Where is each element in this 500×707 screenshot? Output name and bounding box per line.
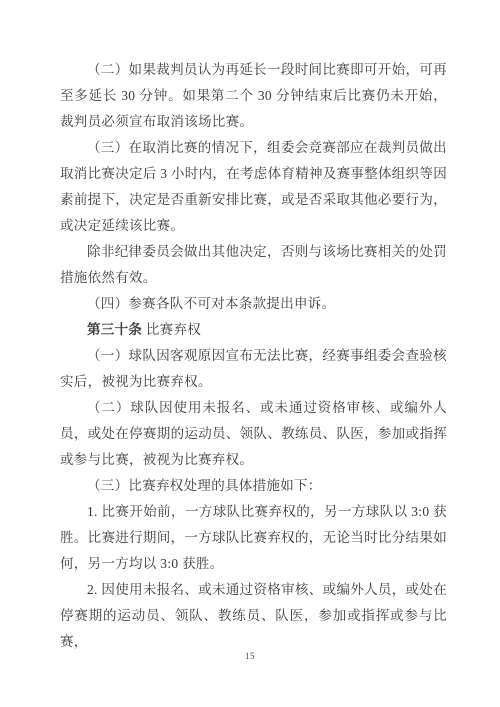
paragraph: （三）在取消比赛的情况下，组委会竞赛部应在裁判员做出取消比赛决定后 3 小时内，… bbox=[60, 135, 447, 239]
page-number: 15 bbox=[0, 651, 500, 661]
article-title: 比赛弃权 bbox=[142, 322, 201, 337]
document-page: （二）如果裁判员认为再延长一段时间比赛即可开始，可再至多延长 30 分钟。如果第… bbox=[0, 0, 500, 707]
paragraph: 除非纪律委员会做出其他决定，否则与该场比赛相关的处罚措施依然有效。 bbox=[60, 239, 447, 291]
article-heading: 第三十条 比赛弃权 bbox=[60, 317, 447, 343]
paragraph: 1. 比赛开始前，一方球队比赛弃权的，另一方球队以 3:0 获胜。比赛进行期间，… bbox=[60, 499, 447, 577]
paragraph: （二）球队因使用未报名、或未通过资格审核、或编外人员，或处在停赛期的运动员、领队… bbox=[60, 395, 447, 473]
paragraph: （四）参赛各队不可对本条款提出申诉。 bbox=[60, 291, 447, 317]
paragraph: （一）球队因客观原因宣布无法比赛，经赛事组委会查验核实后，被视为比赛弃权。 bbox=[60, 343, 447, 395]
page-body-text: （二）如果裁判员认为再延长一段时间比赛即可开始，可再至多延长 30 分钟。如果第… bbox=[60, 57, 447, 655]
paragraph: （三）比赛弃权处理的具体措施如下： bbox=[60, 473, 447, 499]
article-number: 第三十条 bbox=[87, 322, 142, 337]
paragraph: 2. 因使用未报名、或未通过资格审核、或编外人员，或处在停赛期的运动员、领队、教… bbox=[60, 577, 447, 655]
paragraph: （二）如果裁判员认为再延长一段时间比赛即可开始，可再至多延长 30 分钟。如果第… bbox=[60, 57, 447, 135]
